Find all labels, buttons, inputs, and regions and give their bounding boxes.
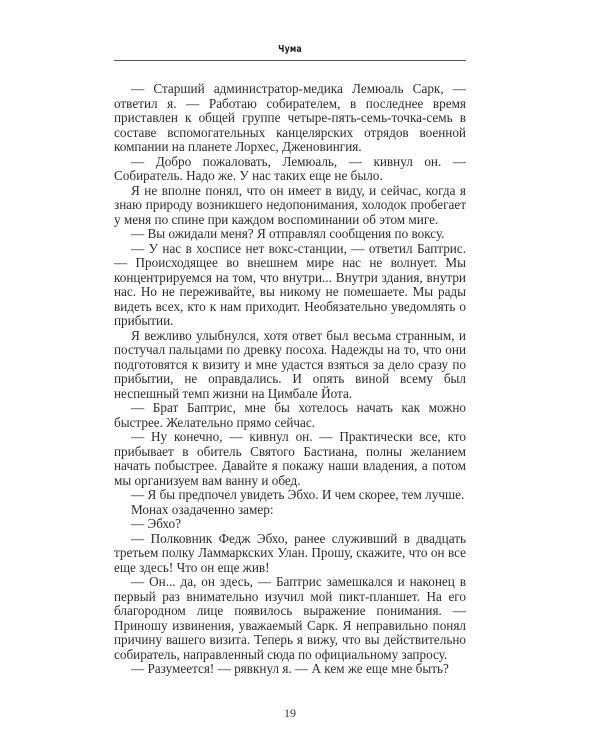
paragraph: — Добро пожаловать, Лемюаль, — кивнул он…: [114, 155, 466, 184]
paragraph: — Ну конечно, — кивнул он. — Практически…: [114, 430, 466, 488]
paragraph: — Старший администратор-медика Лемюаль С…: [114, 82, 466, 155]
running-head-title: Чума: [153, 44, 428, 55]
paragraph: — Разумеется! — рявкнул я. — А кем же ещ…: [114, 662, 466, 677]
body-text: — Старший администратор-медика Лемюаль С…: [114, 82, 466, 677]
header-rule: [114, 60, 466, 61]
paragraph: — Брат Баптрис, мне бы хотелось начать к…: [114, 401, 466, 430]
paragraph: — Полковник Федж Эбхо, ранее служивший в…: [114, 532, 466, 576]
paragraph: — Эбхо?: [114, 517, 466, 532]
paragraph: — У нас в хосписе нет вокс-станции, — от…: [114, 242, 466, 329]
paragraph: Я вежливо улыбнулся, хотя ответ был весь…: [114, 329, 466, 402]
paragraph: Монах озадаченно замер:: [114, 503, 466, 518]
paragraph: Я не вполне понял, что он имеет в виду, …: [114, 184, 466, 228]
paragraph: — Вы ожидали меня? Я отправлял сообщения…: [114, 227, 466, 242]
paragraph: — Он... да, он здесь, — Баптрис замешкал…: [114, 575, 466, 662]
page-number: 19: [114, 706, 466, 721]
paragraph: — Я бы предпочел увидеть Эбхо. И чем ско…: [114, 488, 466, 503]
